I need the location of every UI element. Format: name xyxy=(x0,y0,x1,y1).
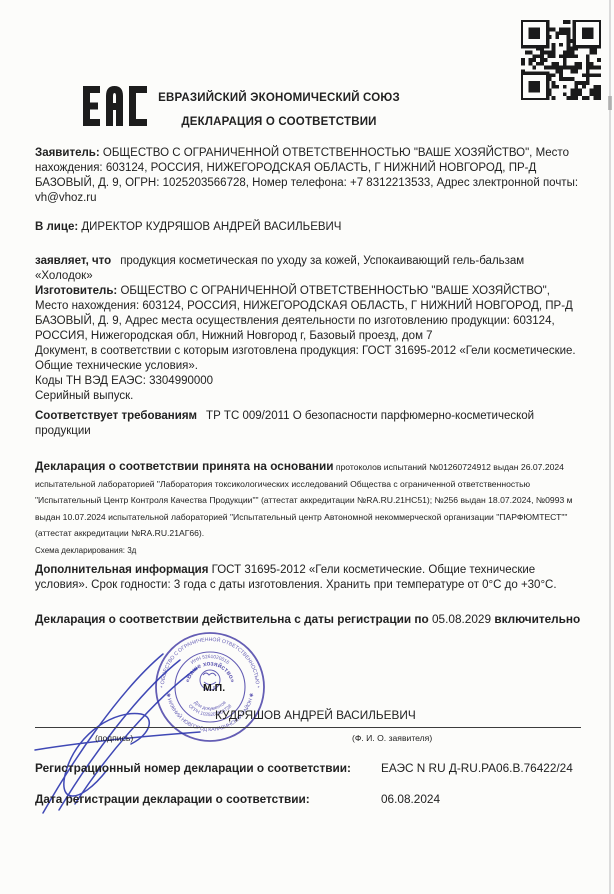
applicant-label: Заявитель: xyxy=(35,147,100,159)
compliance-label: Соответствует требованиям xyxy=(35,410,197,422)
applicant-paragraph: Заявитель: ОБЩЕСТВО С ОГРАНИЧЕННОЙ ОТВЕТ… xyxy=(35,146,581,206)
product-standard-line: Документ, в соответствии с которым изгот… xyxy=(35,344,581,374)
svg-text:«Ваше хозяйство»: «Ваше хозяйство» xyxy=(184,660,236,683)
qr-code xyxy=(521,20,601,100)
registration-date-value: 06.08.2024 xyxy=(381,792,440,806)
product-line: заявляет, чтопродукция косметическая по … xyxy=(35,254,581,284)
signature-line xyxy=(35,727,581,728)
registration-date-label: Дата регистрации декларации о соответств… xyxy=(35,792,310,806)
declares-label: заявляет, что xyxy=(35,255,111,267)
signature-caption: (подпись) xyxy=(95,733,133,743)
basis-paragraph: Декларация о соответствии принята на осн… xyxy=(35,458,581,559)
manufacturer-line: Изготовитель: ОБЩЕСТВО С ОГРАНИЧЕННОЙ ОТ… xyxy=(35,284,581,344)
scan-artifact xyxy=(608,96,612,110)
compliance-paragraph: Соответствует требованиямТР ТС 009/2011 … xyxy=(35,409,559,439)
seal-place-label: М.П. xyxy=(203,682,225,694)
basis-text: протоколов испытаний №01260724912 выдан … xyxy=(35,462,573,538)
additional-label: Дополнительная информация xyxy=(35,564,208,576)
validity-paragraph: Декларация о соответствии действительна … xyxy=(35,612,581,627)
tnved-line: Коды ТН ВЭД ЕАЭС: 3304990000 xyxy=(35,374,581,389)
registration-number-value: ЕАЭС N RU Д-RU.РА06.В.76422/24 xyxy=(381,761,573,775)
validity-label: Декларация о соответствии действительна … xyxy=(35,612,429,626)
declaration-document: ЕВРАЗИЙСКИЙ ЭКОНОМИЧЕСКИЙ СОЮЗ ДЕКЛАРАЦИ… xyxy=(0,0,614,894)
additional-paragraph: Дополнительная информация ГОСТ 31695-201… xyxy=(35,563,581,593)
person-text: ДИРЕКТОР КУДРЯШОВ АНДРЕЙ ВАСИЛЬЕВИЧ xyxy=(78,221,341,233)
fio-caption: (Ф. И. О. заявителя) xyxy=(352,733,432,743)
person-label: В лице: xyxy=(35,221,78,233)
applicant-fullname: КУДРЯШОВ АНДРЕЙ ВАСИЛЬЕВИЧ xyxy=(215,708,416,722)
scan-edge xyxy=(609,0,611,894)
validity-date: 05.08.2029 xyxy=(429,612,495,626)
basis-label: Декларация о соответствии принята на осн… xyxy=(35,459,333,473)
person-paragraph: В лице: ДИРЕКТОР КУДРЯШОВ АНДРЕЙ ВАСИЛЬЕ… xyxy=(35,220,581,235)
scheme-line: Схема декларирования: 3д xyxy=(35,543,581,560)
validity-suffix: включительно xyxy=(494,612,580,626)
manufacturer-label: Изготовитель: xyxy=(35,285,117,297)
applicant-text: ОБЩЕСТВО С ОГРАНИЧЕННОЙ ОТВЕТСТВЕННОСТЬЮ… xyxy=(35,147,578,204)
stamp-brand-text: «Ваше хозяйство» xyxy=(184,660,236,683)
union-title: ЕВРАЗИЙСКИЙ ЭКОНОМИЧЕСКИЙ СОЮЗ xyxy=(0,92,558,104)
serial-line: Серийный выпуск. xyxy=(35,389,581,404)
document-title: ДЕКЛАРАЦИЯ О СООТВЕТСТВИИ xyxy=(0,116,558,128)
declaration-body: заявляет, чтопродукция косметическая по … xyxy=(35,254,581,404)
registration-number-label: Регистрационный номер декларации о соотв… xyxy=(35,761,351,775)
